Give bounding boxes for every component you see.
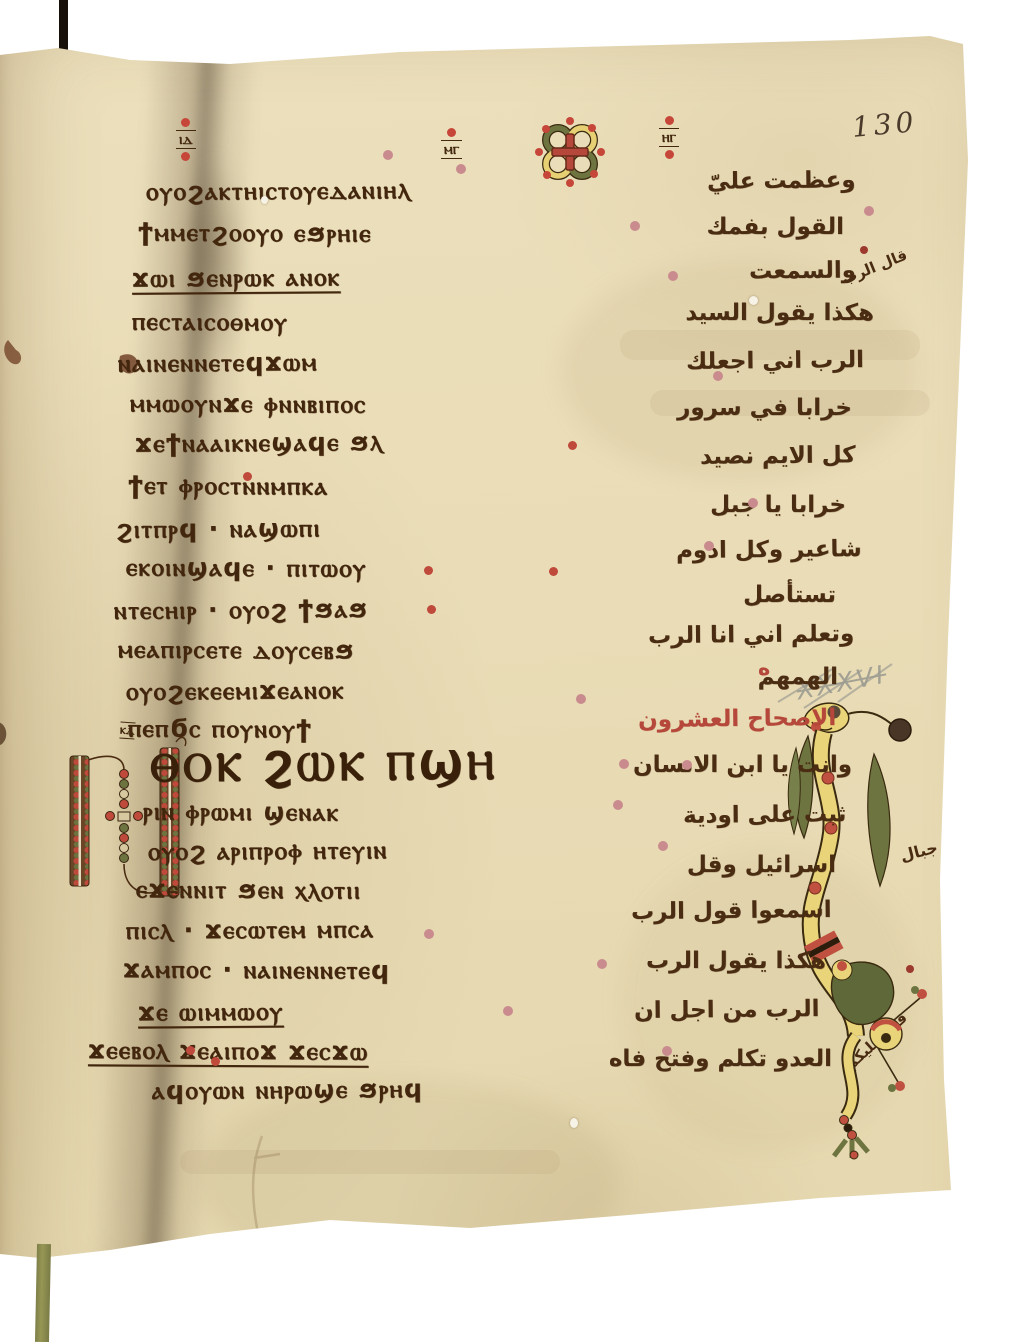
margin-note-top-right: قال الرب bbox=[839, 246, 910, 288]
coptic-text-line: ϯⲙⲙⲉⲧϩⲟⲟⲩⲟ ⲉϧⲣⲏⲓⲉ bbox=[138, 217, 372, 248]
folio-number: 130 bbox=[851, 105, 919, 144]
gutter-fold-shadow bbox=[90, 28, 262, 1262]
coptic-text-line: ϫⲉϯⲛⲁⲁⲓⲕⲛⲉϣⲁϥⲉ ϧⲗ bbox=[135, 427, 384, 459]
quire-mark-center: ⲙⲅ bbox=[441, 128, 462, 159]
parchment-hole bbox=[570, 1118, 578, 1128]
scribal-dot bbox=[619, 759, 629, 769]
red-numeral: ه bbox=[758, 656, 770, 680]
scribal-dot bbox=[906, 965, 914, 973]
red-dot bbox=[665, 116, 674, 125]
scribal-dot bbox=[211, 1057, 220, 1066]
arabic-text-line: خرابا في سرور bbox=[677, 395, 852, 421]
parchment-hole bbox=[749, 296, 758, 305]
quire-mark-label: ⲏⲅ bbox=[659, 128, 679, 147]
scribal-dot bbox=[613, 800, 623, 810]
arabic-text-line: شاعير وكل ادوم bbox=[676, 536, 862, 564]
margin-note-mountains: جبال bbox=[898, 838, 939, 866]
scribal-dot bbox=[860, 246, 868, 254]
artifact-layer bbox=[0, 0, 1024, 1342]
coptic-text-line: ϫⲁⲙⲡⲟⲥ ∙ ⲛⲁⲓⲛⲉⲛⲛⲉⲧⲉϥ bbox=[123, 954, 391, 985]
stain bbox=[620, 850, 920, 1150]
scribal-dot bbox=[576, 694, 586, 704]
arabic-text-line: القول بفمك bbox=[707, 214, 844, 240]
scribal-dot bbox=[713, 371, 723, 381]
arabic-text-line: وعظمت عليّ bbox=[707, 167, 856, 195]
quire-mark-right: ⲏⲅ bbox=[659, 116, 679, 159]
coptic-text-line: ⲙⲙⲱⲟⲩⲛϫⲉ ⲫⲛⲛⲃⲓⲡⲟⲥ bbox=[130, 388, 367, 419]
bird-serpent-ornament bbox=[782, 688, 932, 1158]
coptic-text-line: ⲡⲉⲥⲧⲁⲓⲥⲟⲑⲙⲟⲩ bbox=[132, 307, 288, 338]
arabic-text-line: وانت يا ابن الانسان bbox=[633, 752, 852, 778]
arabic-rubric-line: الاصحاح العشرون bbox=[638, 705, 836, 733]
initial-side-note: ⲕⲇ bbox=[119, 722, 135, 740]
arabic-text-line: وتعلم اني انا الرب bbox=[648, 621, 855, 649]
scribal-dot bbox=[568, 441, 577, 450]
coptic-text-line: ϩⲓⲧⲡⲣϥ ∙ ⲛⲁϣⲱⲡⲓ bbox=[116, 513, 321, 544]
scribal-dot bbox=[549, 567, 558, 576]
manuscript-photo: ⲓⲇ ⲙⲅ ⲏⲅ bbox=[0, 0, 1024, 1342]
red-dot bbox=[665, 150, 674, 159]
coptic-text-line: ⲐⲞⲔ ϨⲰⲔ ⲠϢⲎ bbox=[150, 743, 499, 791]
knot-headpiece-ornament bbox=[532, 114, 608, 190]
arabic-text-line: الرب من اجل ان bbox=[633, 996, 819, 1024]
bookmark-ribbon bbox=[35, 1244, 51, 1342]
scribal-dot bbox=[597, 959, 607, 969]
quire-mark-left: ⲓⲇ bbox=[176, 118, 196, 161]
scribal-dot bbox=[658, 841, 668, 851]
scribal-dot bbox=[186, 1046, 195, 1055]
arabic-text-line: خرابا يا جبل bbox=[710, 492, 846, 518]
coptic-text-line: ⲙⲉⲁⲡⲓⲣⲥⲉⲧⲉ ⲇⲟⲩⲥⲉⲃϧ bbox=[118, 634, 355, 665]
scribal-dot bbox=[503, 1006, 513, 1016]
arabic-text-line: الهمهم bbox=[758, 664, 838, 690]
coptic-text-line: ϫⲉ ⲱⲓⲙⲙⲱⲟⲩ bbox=[138, 996, 284, 1027]
parchment-hole bbox=[261, 196, 268, 204]
scribal-dot bbox=[864, 206, 874, 216]
scribal-dot bbox=[424, 929, 434, 939]
coptic-text-line: ϫⲱⲓ ϧⲉⲛⲣⲱⲕ ⲁⲛⲟⲕ bbox=[132, 262, 341, 293]
arabic-text-line: هكذا يقول السيد bbox=[685, 300, 874, 326]
stain bbox=[560, 260, 920, 480]
arabic-text-line: والسمعت bbox=[749, 257, 856, 284]
coptic-text-line: ⲟⲩⲟϩⲉⲕⲉⲉⲙⲓϫⲉⲁⲛⲟⲕ bbox=[126, 675, 345, 707]
scribal-dot bbox=[682, 760, 692, 770]
scribal-dot bbox=[630, 221, 640, 231]
coptic-text-line: ϫⲉⲉⲃⲟⲗ ϫⲉⲁⲓⲡⲟϫ ϫⲉⲥϫⲱ bbox=[88, 1035, 369, 1066]
arabic-text-line: العدو تكلم وفتح فاه bbox=[609, 1046, 832, 1072]
scribal-dot bbox=[243, 472, 252, 481]
red-dot bbox=[447, 128, 456, 137]
scribal-dot bbox=[424, 566, 433, 575]
coptic-text-line: ⲛⲁⲓⲛⲉⲛⲛⲉⲧⲉϥϫⲱⲙ bbox=[118, 347, 318, 378]
margin-note-lower: قال عليكم bbox=[842, 1009, 911, 1074]
red-dot bbox=[181, 118, 190, 127]
scribal-dot bbox=[662, 1046, 672, 1056]
gutter-smudge bbox=[178, 150, 248, 370]
red-dot bbox=[181, 152, 190, 161]
coptic-text-line: ⲟⲩⲟϩ ⲁⲣⲓⲡⲣⲟⲫ ⲏⲧⲉⲩⲓⲛ bbox=[148, 835, 388, 867]
coptic-text-line: ⲉⲕⲟⲓⲛϣⲁϥⲉ ∙ ⲡⲓⲧⲱⲟⲩ bbox=[126, 552, 367, 583]
coptic-text-line: ⲣⲓⲛ ⲫⲣⲱⲙⲓ ϣⲉⲛⲁⲕ bbox=[143, 796, 340, 827]
scribal-dot bbox=[704, 541, 714, 551]
pencil-chapter-note: XXXVI bbox=[794, 660, 889, 706]
coptic-text-line: ϯⲉⲧ ⲫⲣⲟⲥⲧⲛⲛⲙⲡⲕⲁ bbox=[128, 470, 329, 501]
initial-letter-N-ornament bbox=[60, 726, 190, 906]
coptic-text-line: ⲡⲉⲡϭⲥ ⲡⲟⲩⲛⲟⲩϯ bbox=[128, 714, 313, 745]
quire-mark-label: ⲓⲇ bbox=[176, 130, 196, 149]
scribal-dot bbox=[427, 605, 436, 614]
quire-mark-label: ⲙⲅ bbox=[441, 140, 462, 159]
arabic-text-line: كل الايم نصيد bbox=[700, 442, 856, 470]
arabic-text-line: اسرائيل وقل bbox=[687, 852, 836, 878]
arabic-text-line: الرب اني اجعلك bbox=[686, 347, 864, 375]
scribal-dot bbox=[456, 164, 466, 174]
scribal-dot bbox=[748, 498, 758, 508]
coptic-text-line: ⲉϫⲉⲛⲛⲓⲧ ϧⲉⲛ ⲭⲗⲟⲧⲓⲓ bbox=[136, 874, 361, 905]
scribal-dot bbox=[668, 271, 678, 281]
arabic-text-line: ثبت على اودية bbox=[683, 801, 847, 829]
coptic-text-line: ⲛⲧⲉⲥⲏⲓⲣ ∙ ⲟⲩⲟϩ ϯϧⲁϧ bbox=[114, 594, 369, 626]
arabic-text-line: تستأصل bbox=[743, 582, 836, 608]
stain bbox=[200, 1080, 620, 1280]
scribal-dot bbox=[383, 150, 393, 160]
arabic-text-line: هكذا يقول الرب bbox=[646, 948, 826, 974]
arabic-text-line: اسمعوا قول الرب bbox=[631, 897, 832, 925]
coptic-text-line: ⲡⲓⲥⲗ ∙ ϫⲉⲥⲱⲧⲉⲙ ⲙⲡⲥⲁ bbox=[126, 914, 375, 946]
parchment-page: ⲓⲇ ⲙⲅ ⲏⲅ bbox=[0, 0, 1024, 1342]
coptic-text-line: ⲟⲩⲟϩⲁⲕⲧⲏⲓⲥⲧⲟⲩⲉⲇⲁⲛⲓⲏⲗ bbox=[146, 175, 411, 207]
coptic-text-line: ⲁϥⲟⲩⲱⲛ ⲛⲏⲣⲱϣⲉ ϧⲣⲏϥ bbox=[152, 1074, 424, 1106]
